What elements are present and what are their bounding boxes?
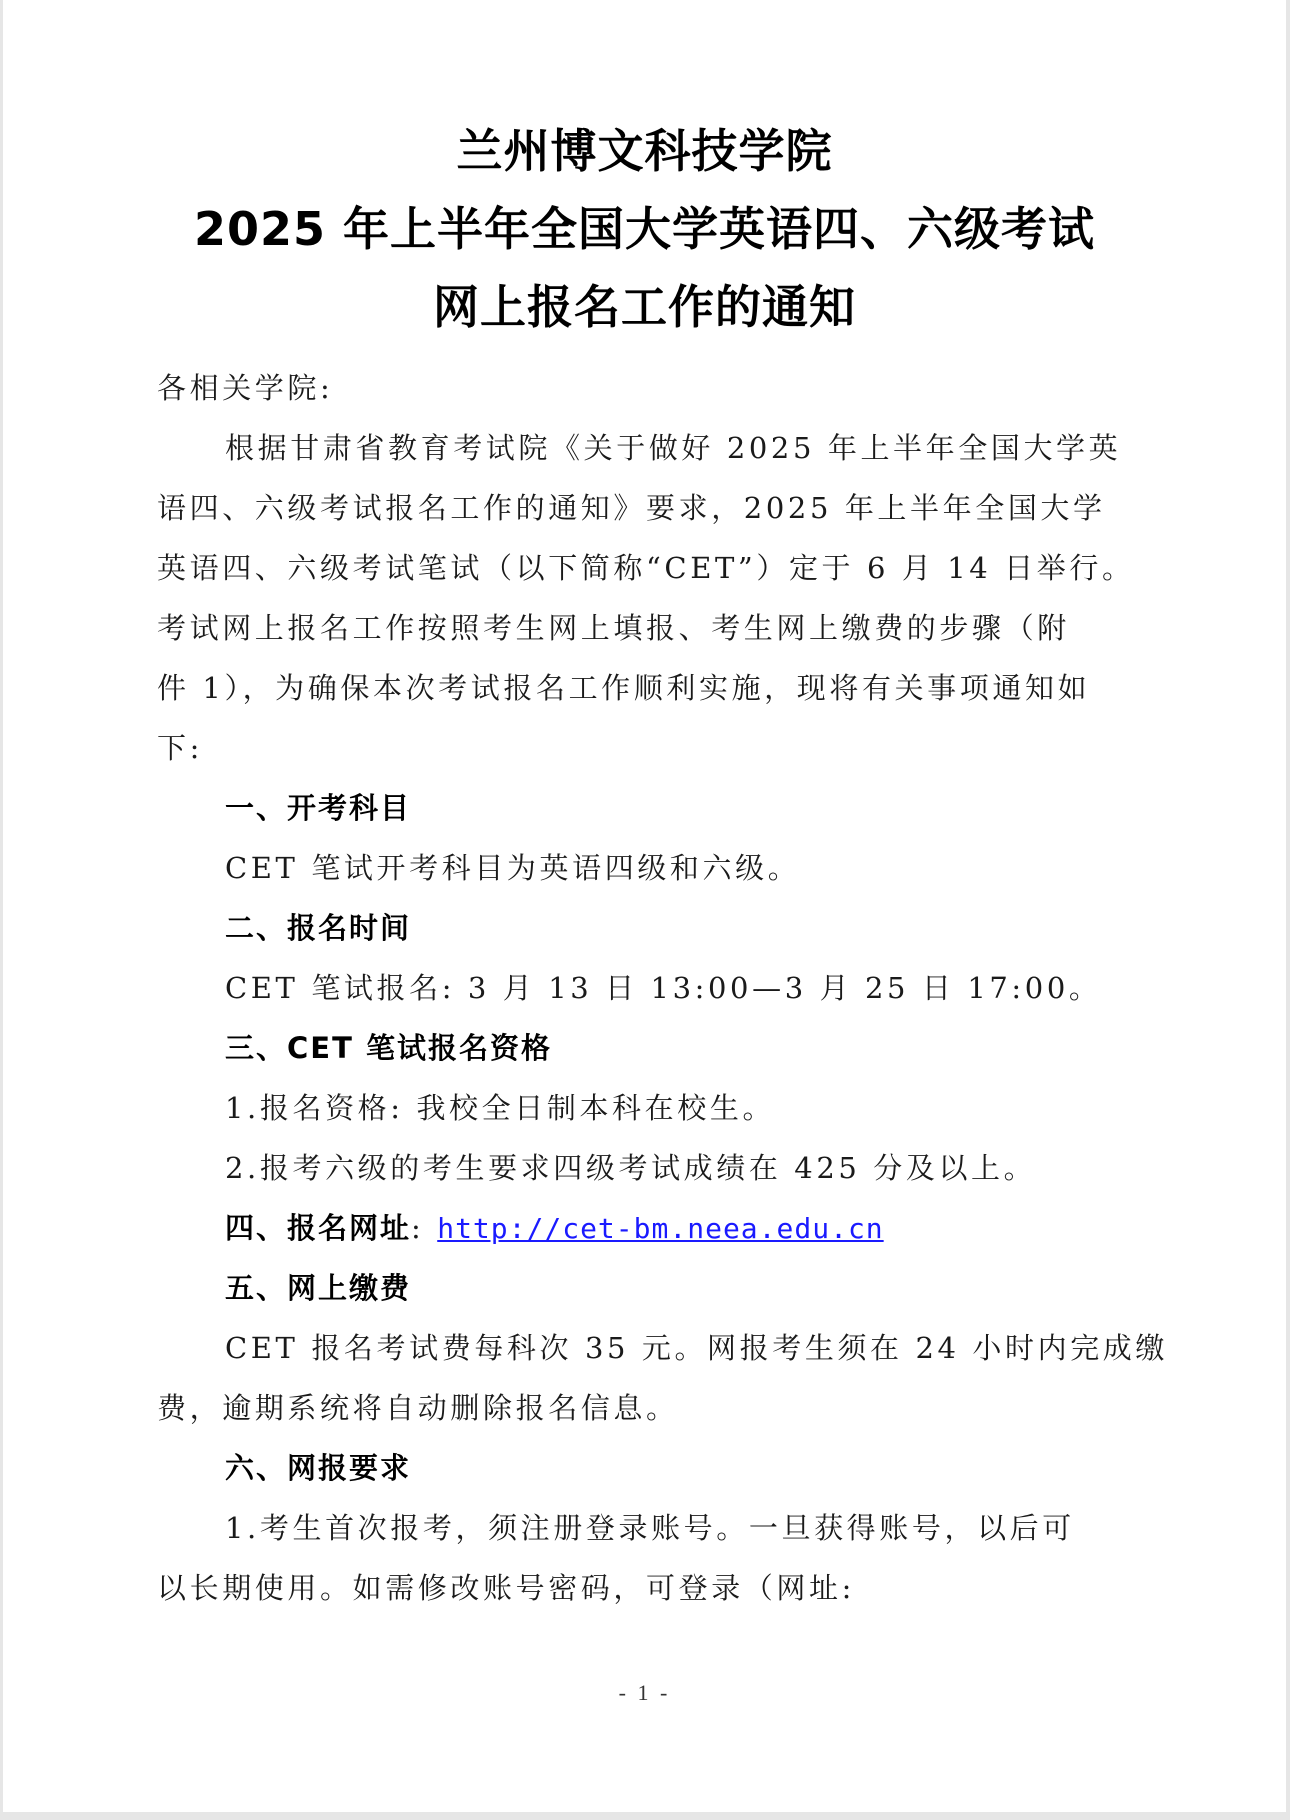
- section-heading-registration-url: 四、报名网址: [225, 1211, 411, 1245]
- title-line-exam: 2025 年上半年全国大学英语四、六级考试: [3, 190, 1286, 268]
- section-registration-url: 四、报名网址: http://cet-bm.neea.edu.cn: [157, 1198, 1137, 1258]
- title-line-notice: 网上报名工作的通知: [3, 268, 1286, 346]
- intro-line: 根据甘肃省教育考试院《关于做好 2025 年上半年全国大学英: [157, 418, 1137, 478]
- page-number: - 1 -: [3, 1680, 1286, 1706]
- registration-url-link[interactable]: http://cet-bm.neea.edu.cn: [437, 1212, 883, 1245]
- section-text: 1.考生首次报考，须注册登录账号。一旦获得账号，以后可: [157, 1498, 1137, 1558]
- section-text: 2.报考六级的考生要求四级考试成绩在 425 分及以上。: [157, 1138, 1137, 1198]
- section-text: 1.报名资格: 我校全日制本科在校生。: [157, 1078, 1137, 1138]
- intro-line: 下:: [157, 718, 1137, 778]
- section-heading-registration-time: 二、报名时间: [157, 898, 1137, 958]
- document-title: 兰州博文科技学院 2025 年上半年全国大学英语四、六级考试 网上报名工作的通知: [3, 112, 1286, 346]
- heading-colon: :: [411, 1211, 437, 1245]
- document-body: 各相关学院: 根据甘肃省教育考试院《关于做好 2025 年上半年全国大学英 语四…: [157, 358, 1137, 1618]
- section-heading-subjects: 一、开考科目: [157, 778, 1137, 838]
- intro-line: 件 1），为确保本次考试报名工作顺利实施，现将有关事项通知如: [157, 658, 1137, 718]
- intro-line: 英语四、六级考试笔试（以下简称“CET”）定于 6 月 14 日举行。: [157, 538, 1137, 598]
- intro-line: 语四、六级考试报名工作的通知》要求，2025 年上半年全国大学: [157, 478, 1137, 538]
- section-heading-online-requirements: 六、网报要求: [157, 1438, 1137, 1498]
- section-text: CET 笔试开考科目为英语四级和六级。: [157, 838, 1137, 898]
- salutation: 各相关学院:: [157, 358, 1137, 418]
- section-text: CET 报名考试费每科次 35 元。网报考生须在 24 小时内完成缴: [157, 1318, 1137, 1378]
- title-line-institution: 兰州博文科技学院: [3, 112, 1286, 190]
- document-page: 兰州博文科技学院 2025 年上半年全国大学英语四、六级考试 网上报名工作的通知…: [3, 0, 1286, 1812]
- section-text: CET 笔试报名: 3 月 13 日 13:00—3 月 25 日 17:00。: [157, 958, 1137, 1018]
- section-text: 以长期使用。如需修改账号密码，可登录（网址:: [157, 1558, 1137, 1618]
- section-heading-eligibility: 三、CET 笔试报名资格: [157, 1018, 1137, 1078]
- section-text: 费，逾期系统将自动删除报名信息。: [157, 1378, 1137, 1438]
- intro-line: 考试网上报名工作按照考生网上填报、考生网上缴费的步骤（附: [157, 598, 1137, 658]
- section-heading-online-payment: 五、网上缴费: [157, 1258, 1137, 1318]
